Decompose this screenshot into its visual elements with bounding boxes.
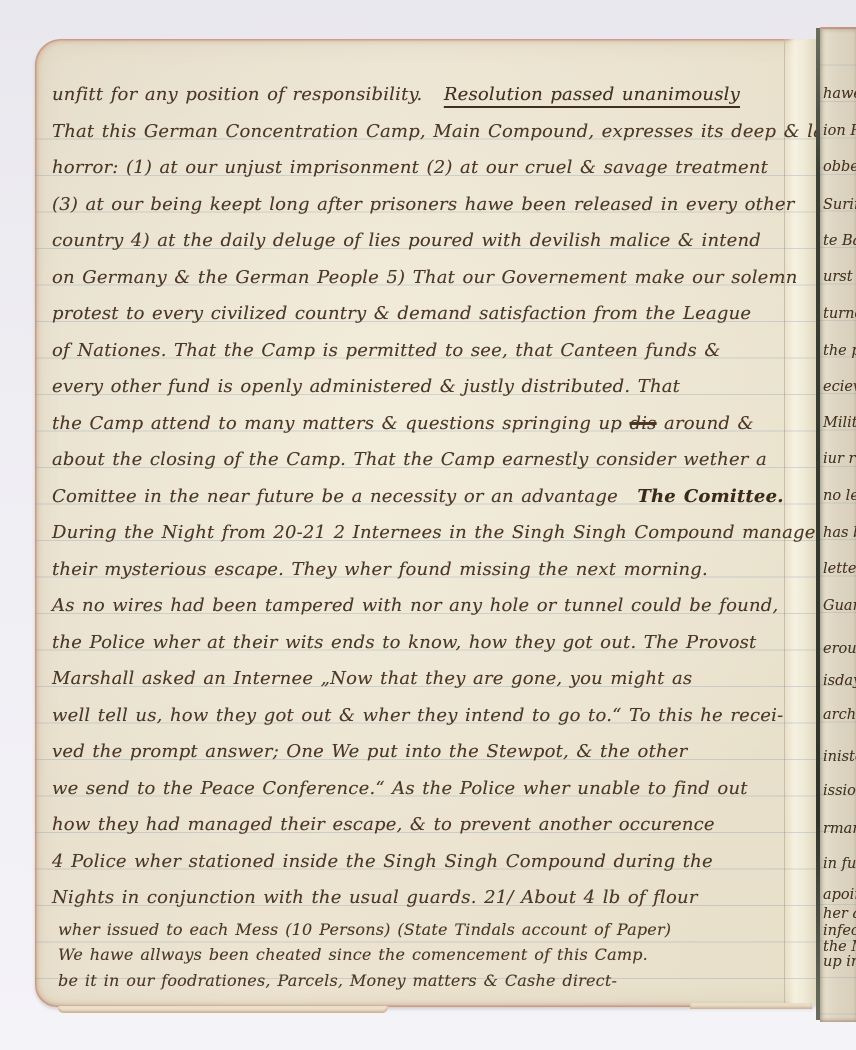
manuscript-line: 4 Police wher stationed inside the Singh… bbox=[52, 844, 800, 881]
manuscript-line: how they had managed their escape, & to … bbox=[52, 807, 800, 844]
manuscript-line: (3) at our being keept long after prison… bbox=[52, 187, 800, 224]
handwritten-text: the Camp attend to many matters & questi… bbox=[52, 413, 622, 434]
manuscript-line: well tell us, how they got out & wher th… bbox=[52, 698, 800, 735]
next-page-fragment: obbe bbox=[823, 159, 856, 175]
handwritten-text: (3) at our being keept long after prison… bbox=[52, 194, 795, 215]
next-page-fragment: infected bbox=[823, 923, 856, 939]
next-page-fragment: turne bbox=[823, 306, 856, 322]
next-page-fragment: up in bbox=[823, 954, 856, 970]
handwritten-text: their mysterious escape. They wher found… bbox=[52, 559, 708, 580]
manuscript-line: about the closing of the Camp. That the … bbox=[52, 442, 800, 479]
manuscript-line: country 4) at the daily deluge of lies p… bbox=[52, 223, 800, 260]
handwritten-text: Marshall asked an Internee „Now that the… bbox=[52, 668, 692, 689]
manuscript-line: unfitt for any position of responsibilit… bbox=[52, 77, 800, 114]
underlined-heading: Resolution passed unanimously bbox=[444, 84, 740, 105]
handwritten-text: Nights in conjunction with the usual gua… bbox=[52, 887, 698, 908]
handwritten-text: every other fund is openly administered … bbox=[52, 376, 680, 397]
next-page-fragment: arch 19 bbox=[823, 707, 856, 723]
handwritten-text: 4 Police wher stationed inside the Singh… bbox=[52, 851, 713, 872]
manuscript-line: we send to the Peace Conference.“ As the… bbox=[52, 771, 800, 808]
manuscript-line: be it in our foodrationes, Parcels, Mone… bbox=[52, 968, 800, 994]
handwritten-text: we send to the Peace Conference.“ As the… bbox=[52, 778, 748, 799]
handwritten-text: country 4) at the daily deluge of lies p… bbox=[52, 230, 761, 251]
handwritten-text: about the closing of the Camp. That the … bbox=[52, 449, 767, 470]
manuscript-text: unfitt for any position of responsibilit… bbox=[52, 77, 800, 993]
handwritten-text: around & bbox=[664, 413, 754, 434]
handwritten-text: horror: (1) at our unjust imprisonment (… bbox=[52, 157, 768, 178]
handwritten-text: the Police wher at their wits ends to kn… bbox=[52, 632, 757, 653]
manuscript-line: Comittee in the near future be a necessi… bbox=[52, 479, 800, 516]
next-page-fragment: has b bbox=[823, 525, 856, 541]
manuscript-line: During the Night from 20-21 2 Internees … bbox=[52, 515, 800, 552]
manuscript-line: protest to every civilized country & dem… bbox=[52, 296, 800, 333]
manuscript-line: the Camp attend to many matters & questi… bbox=[52, 406, 800, 443]
next-page-fragment: in full bbox=[823, 856, 856, 872]
handwritten-text: We hawe allways been cheated since the c… bbox=[58, 945, 648, 964]
handwritten-text: ved the prompt answer; One We put into t… bbox=[52, 741, 687, 762]
next-page-fragment: te Bar bbox=[823, 233, 856, 249]
page-stack-edge-left bbox=[58, 1006, 388, 1013]
struck-word: dis bbox=[629, 413, 656, 434]
handwritten-text: well tell us, how they got out & wher th… bbox=[52, 705, 783, 726]
next-page-fragment: the pr bbox=[823, 343, 856, 359]
next-page-fragment: iur re bbox=[823, 451, 856, 467]
handwritten-text: wher issued to each Mess (10 Persons) (S… bbox=[58, 920, 671, 939]
next-page-fragment: no le bbox=[823, 488, 856, 504]
manuscript-line: ved the prompt answer; One We put into t… bbox=[52, 734, 800, 771]
next-page-fragment: ion R bbox=[823, 123, 856, 139]
manuscript-line: Marshall asked an Internee „Now that the… bbox=[52, 661, 800, 698]
emphasized-text: The Comittee. bbox=[637, 486, 783, 507]
notebook-page: unfitt for any position of responsibilit… bbox=[35, 39, 818, 1007]
handwritten-text: be it in our foodrationes, Parcels, Mone… bbox=[58, 971, 617, 990]
next-page-fragment: Suring bbox=[823, 197, 856, 213]
handwritten-text: During the Night from 20-21 2 Internees … bbox=[52, 522, 827, 543]
next-page-fragment: ecieve bbox=[823, 379, 856, 395]
manuscript-line: We hawe allways been cheated since the c… bbox=[52, 942, 800, 968]
manuscript-line: every other fund is openly administered … bbox=[52, 369, 800, 406]
next-page-fragment: the Milit bbox=[823, 939, 856, 955]
next-page-fragment: rman C bbox=[823, 821, 856, 837]
manuscript-line: on Germany & the German People 5) That o… bbox=[52, 260, 800, 297]
next-page-fragment: isday th bbox=[823, 673, 856, 689]
next-page-sliver: haweion RobbeSuringte Barurst fturnethe … bbox=[820, 27, 856, 1022]
page-stack-edge-right bbox=[690, 1003, 812, 1009]
next-page-fragment: letter bbox=[823, 561, 856, 577]
handwritten-text: of Nationes. That the Camp is permitted … bbox=[52, 340, 721, 361]
manuscript-line: As no wires had been tampered with nor a… bbox=[52, 588, 800, 625]
manuscript-line: That this German Concentration Camp, Mai… bbox=[52, 114, 800, 151]
next-page-fragment: hawe bbox=[823, 86, 856, 102]
manuscript-photo: unfitt for any position of responsibilit… bbox=[0, 0, 856, 1050]
next-page-fragment: ission bbox=[823, 783, 856, 799]
next-page-fragment: urst f bbox=[823, 269, 856, 285]
next-page-fragment: apoin bbox=[823, 887, 856, 903]
manuscript-line: of Nationes. That the Camp is permitted … bbox=[52, 333, 800, 370]
handwritten-text: protest to every civilized country & dem… bbox=[52, 303, 751, 324]
handwritten-text: how they had managed their escape, & to … bbox=[52, 814, 715, 835]
manuscript-line: the Police wher at their wits ends to kn… bbox=[52, 625, 800, 662]
manuscript-line: wher issued to each Mess (10 Persons) (S… bbox=[52, 917, 800, 943]
manuscript-line: Nights in conjunction with the usual gua… bbox=[52, 880, 800, 917]
next-page-fragment: her arre bbox=[823, 906, 856, 922]
handwritten-text: Comittee in the near future be a necessi… bbox=[52, 486, 618, 507]
next-page-fragment: inister bbox=[823, 749, 856, 765]
handwritten-text: That this German Concentration Camp, Mai… bbox=[52, 121, 856, 142]
handwritten-text: on Germany & the German People 5) That o… bbox=[52, 267, 798, 288]
handwritten-text: unfitt for any position of responsibilit… bbox=[52, 84, 422, 105]
handwritten-text: As no wires had been tampered with nor a… bbox=[52, 595, 778, 616]
next-page-fragment: Military bbox=[823, 415, 856, 431]
next-page-fragment: erously bbox=[823, 641, 856, 657]
manuscript-line: their mysterious escape. They wher found… bbox=[52, 552, 800, 589]
next-page-fragment: Guarant bbox=[823, 598, 856, 614]
manuscript-line: horror: (1) at our unjust imprisonment (… bbox=[52, 150, 800, 187]
